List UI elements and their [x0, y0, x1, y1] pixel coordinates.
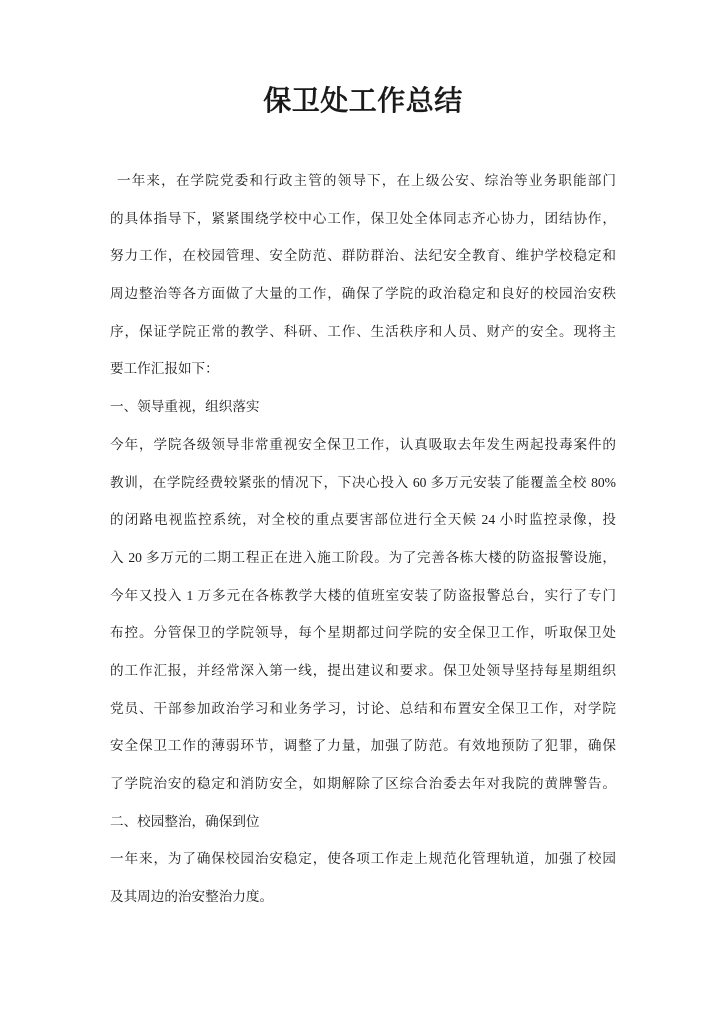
text-line-17: 了学院治安的稳定和消防安全，如期解除了区综合治委去年对我院的黄牌警告。 [110, 765, 616, 803]
text-line-13: 布控。分管保卫的学院领导，每个星期都过问学院的安全保卫工作，听取保卫处 [110, 614, 616, 652]
text-line-12: 今年又投入 1 万多元在各栋教学大楼的值班室安装了防盗报警总台，实行了专门 [110, 577, 616, 615]
text-line-16: 安全保卫工作的薄弱环节，调整了力量，加强了防范。有效地预防了犯罪，确保 [110, 727, 616, 765]
text-line-14: 的工作汇报，并经常深入第一线，提出建议和要求。保卫处领导坚持每星期组织 [110, 652, 616, 690]
text-line-1: 一年来，在学院党委和行政主管的领导下，在上级公安、综治等业务职能部门 [110, 162, 616, 200]
text-line-9: 教训，在学院经费较紧张的情况下，下决心投入 60 多万元安装了能覆盖全校 80% [110, 464, 616, 502]
document-body: 一年来，在学院党委和行政主管的领导下，在上级公安、综治等业务职能部门的具体指导下… [110, 162, 616, 916]
text-line-18: 二、校园整治，确保到位 [110, 803, 616, 841]
text-line-6: 要工作汇报如下： [110, 350, 616, 388]
text-line-20: 及其周边的治安整治力度。 [110, 878, 616, 916]
text-line-15: 党员、干部参加政治学习和业务学习，讨论、总结和布置安全保卫工作，对学院 [110, 690, 616, 728]
text-line-7: 一、领导重视，组织落实 [110, 388, 616, 426]
text-line-2: 的具体指导下，紧紧围绕学校中心工作，保卫处全体同志齐心协力，团结协作， [110, 200, 616, 238]
text-line-8: 今年，学院各级领导非常重视安全保卫工作，认真吸取去年发生两起投毒案件的 [110, 426, 616, 464]
document-title: 保卫处工作总结 [110, 84, 616, 120]
text-line-3: 努力工作，在校园管理、安全防范、群防群治、法纪安全教育、维护学校稳定和 [110, 237, 616, 275]
text-line-11: 入 20 多万元的二期工程正在进入施工阶段。为了完善各栋大楼的防盗报警设施， [110, 539, 616, 577]
text-line-4: 周边整治等各方面做了大量的工作，确保了学院的政治稳定和良好的校园治安秩 [110, 275, 616, 313]
text-line-19: 一年来，为了确保校园治安稳定，使各项工作走上规范化管理轨道，加强了校园 [110, 840, 616, 878]
text-line-5: 序，保证学院正常的教学、科研、工作、生活秩序和人员、财产的安全。现将主 [110, 313, 616, 351]
document-page: 保卫处工作总结 一年来，在学院党委和行政主管的领导下，在上级公安、综治等业务职能… [0, 0, 721, 1020]
text-line-10: 的闭路电视监控系统，对全校的重点要害部位进行全天候 24 小时监控录像，投 [110, 501, 616, 539]
